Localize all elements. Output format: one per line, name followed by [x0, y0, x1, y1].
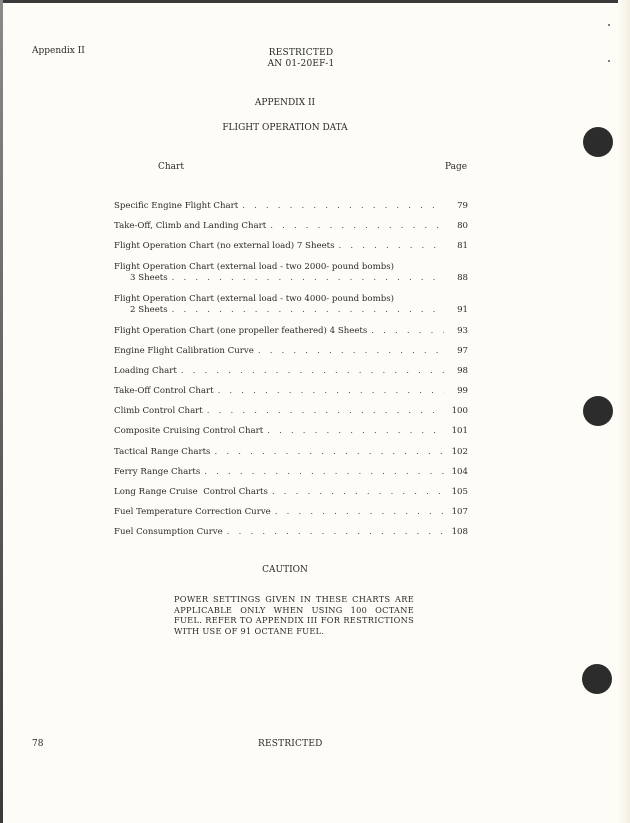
dot-leader: [242, 201, 444, 213]
toc-entry-page: 88: [448, 273, 468, 285]
caution-body: POWER SETTINGS GIVEN IN THESE CHARTS ARE…: [174, 594, 414, 636]
toc-entry: Specific Engine Flight Chart 79: [114, 201, 468, 213]
toc-entry-label: Take-Off Control Chart: [114, 386, 214, 398]
toc-entry: Take-Off, Climb and Landing Chart 80: [114, 221, 468, 233]
toc-entry-page: 104: [448, 467, 468, 479]
dot-leader: [339, 241, 444, 253]
toc-entry-page: 93: [448, 326, 468, 338]
footer-classification: RESTRICTED: [258, 739, 323, 749]
toc-entry: Loading Chart 98: [114, 366, 468, 378]
column-header-page: Page: [445, 162, 467, 172]
toc-entry-label: Flight Operation Chart (no external load…: [114, 241, 335, 253]
toc-entry-label: Specific Engine Flight Chart: [114, 201, 238, 213]
dot-leader: [218, 386, 444, 398]
header-doc-number: AN 01-20EF-1: [0, 59, 630, 70]
page-number: 78: [32, 739, 43, 749]
dot-leader: [371, 326, 444, 338]
binder-hole: [583, 127, 613, 157]
toc-entry-label: Long Range Cruise Control Charts: [114, 487, 268, 499]
dot-leader: [227, 527, 444, 539]
running-header-center: RESTRICTED AN 01-20EF-1: [0, 48, 630, 70]
toc-entry-page: 105: [448, 487, 468, 499]
toc-entry-label: Tactical Range Charts: [114, 447, 210, 459]
toc-entry-page: 108: [448, 527, 468, 539]
table-of-contents: Specific Engine Flight Chart 79 Take-Off…: [114, 201, 468, 548]
scan-right-shade: [618, 0, 630, 823]
binder-hole: [582, 664, 612, 694]
dot-leader: [258, 346, 444, 358]
toc-entry: Flight Operation Chart (one propeller fe…: [114, 326, 468, 338]
toc-entry-page: 100: [448, 406, 468, 418]
toc-entry-label-continued: 3 Sheets: [130, 273, 168, 285]
toc-entry-page: 98: [448, 366, 468, 378]
toc-entry: Flight Operation Chart (external load - …: [114, 294, 468, 318]
toc-entry: Flight Operation Chart (external load - …: [114, 262, 468, 286]
toc-entry: Ferry Range Charts 104: [114, 467, 468, 479]
toc-entry: Composite Cruising Control Chart 101: [114, 426, 468, 438]
toc-entry-page: 101: [448, 426, 468, 438]
toc-entry-page: 97: [448, 346, 468, 358]
toc-entry: Take-Off Control Chart 99: [114, 386, 468, 398]
scan-speck: [608, 24, 610, 26]
toc-entry-label: Ferry Range Charts: [114, 467, 200, 479]
toc-entry: Fuel Temperature Correction Curve 107: [114, 507, 468, 519]
appendix-title: APPENDIX II: [0, 98, 600, 108]
toc-entry-label: Flight Operation Chart (one propeller fe…: [114, 326, 367, 338]
column-header-chart: Chart: [158, 162, 184, 172]
dot-leader: [204, 467, 444, 479]
header-classification: RESTRICTED: [0, 48, 630, 59]
toc-entry-label: Take-Off, Climb and Landing Chart: [114, 221, 266, 233]
appendix-subtitle: FLIGHT OPERATION DATA: [0, 123, 600, 133]
toc-entry-label: Flight Operation Chart (external load - …: [114, 294, 468, 306]
toc-entry-label: Fuel Consumption Curve: [114, 527, 223, 539]
toc-entry-page: 91: [448, 305, 468, 317]
toc-entry: Climb Control Chart 100: [114, 406, 468, 418]
toc-entry-label: Loading Chart: [114, 366, 177, 378]
dot-leader: [275, 507, 444, 519]
dot-leader: [172, 273, 444, 285]
toc-entry: Fuel Consumption Curve 108: [114, 527, 468, 539]
toc-entry: Tactical Range Charts 102: [114, 447, 468, 459]
toc-entry: Flight Operation Chart (no external load…: [114, 241, 468, 253]
dot-leader: [267, 426, 444, 438]
toc-entry-label: Engine Flight Calibration Curve: [114, 346, 254, 358]
dot-leader: [181, 366, 444, 378]
toc-entry-page: 81: [448, 241, 468, 253]
binder-hole: [583, 396, 613, 426]
scan-top-edge: [0, 0, 630, 3]
toc-entry-page: 107: [448, 507, 468, 519]
scan-speck: [608, 60, 610, 62]
dot-leader: [172, 305, 444, 317]
dot-leader: [207, 406, 444, 418]
toc-entry-page: 102: [448, 447, 468, 459]
toc-entry-label: Flight Operation Chart (external load - …: [114, 262, 468, 274]
toc-entry: Long Range Cruise Control Charts 105: [114, 487, 468, 499]
dot-leader: [270, 221, 444, 233]
toc-entry: Engine Flight Calibration Curve 97: [114, 346, 468, 358]
toc-entry-label: Composite Cruising Control Chart: [114, 426, 263, 438]
toc-entry-page: 80: [448, 221, 468, 233]
toc-entry-label-continued: 2 Sheets: [130, 305, 168, 317]
dot-leader: [214, 447, 444, 459]
dot-leader: [272, 487, 444, 499]
toc-entry-page: 99: [448, 386, 468, 398]
toc-entry-page: 79: [448, 201, 468, 213]
toc-entry-label: Fuel Temperature Correction Curve: [114, 507, 271, 519]
toc-entry-label: Climb Control Chart: [114, 406, 203, 418]
caution-heading: CAUTION: [0, 565, 600, 575]
